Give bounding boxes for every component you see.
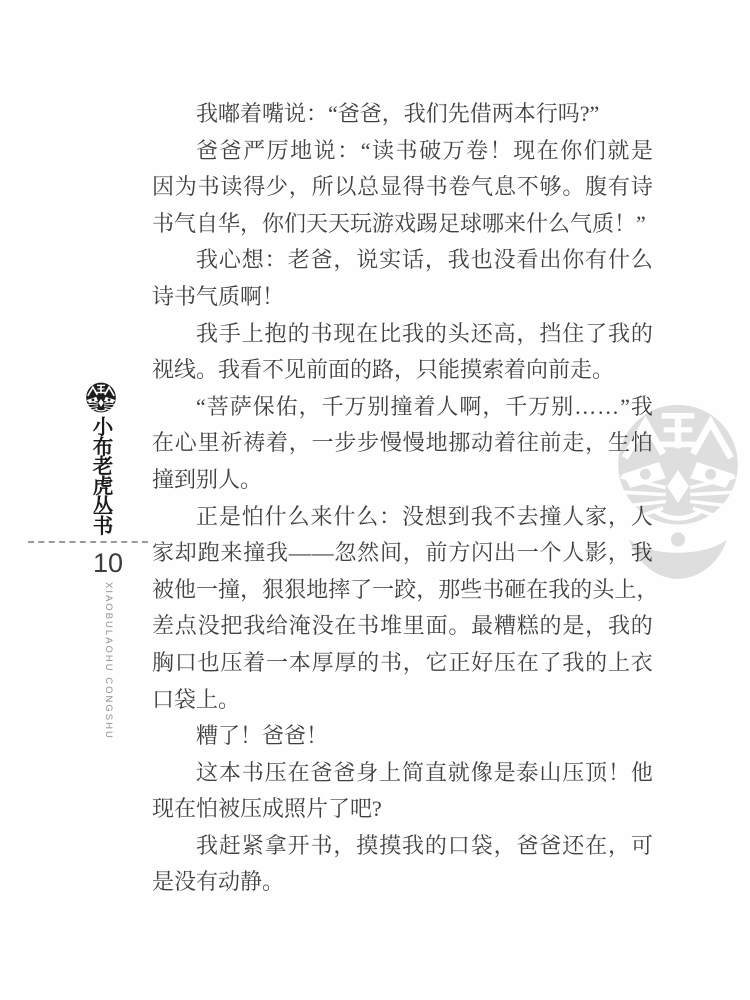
text-line: 在心里祈祷着，一步步慢慢地挪动着往前走，生怕 — [152, 425, 653, 462]
series-title: 小布老虎丛书 — [91, 418, 115, 536]
text-line: 现在怕被压成照片了吧? — [152, 791, 653, 828]
text-line: 糟了！爸爸！ — [152, 718, 653, 755]
text-line: 撞到别人。 — [152, 462, 653, 499]
book-page: 小布老虎丛书 10 XIAOBULAOHU CONGSHU 我嘟着嘴说：“爸爸，… — [0, 0, 750, 1000]
text-line: 我嘟着嘴说：“爸爸，我们先借两本行吗?” — [152, 96, 653, 133]
text-line: “菩萨保佑，千万别撞着人啊，千万别……”我 — [152, 389, 653, 426]
series-title-romanized: XIAOBULAOHU CONGSHU — [103, 582, 114, 722]
text-line: 我赶紧拿开书，摸摸我的口袋，爸爸还在，可 — [152, 828, 653, 865]
text-line: 家却跑来撞我——忽然间，前方闪出一个人影，我 — [152, 535, 653, 572]
text-line: 差点没把我给淹没在书堆里面。最糟糕的是，我的 — [152, 608, 653, 645]
text-line: 书气自华，你们天天玩游戏踢足球哪来什么气质！” — [152, 206, 653, 243]
sidebar: 小布老虎丛书 10 XIAOBULAOHU CONGSHU — [0, 0, 150, 1000]
series-title-char: 书 — [93, 517, 114, 537]
series-logo-tiger-icon — [84, 382, 118, 413]
text-line: 口袋上。 — [152, 682, 653, 719]
page-number: 10 — [80, 548, 136, 578]
text-line: 被他一撞，狠狠地摔了一跤，那些书砸在我的头上， — [152, 572, 653, 609]
text-line: 因为书读得少，所以总显得书卷气息不够。腹有诗 — [152, 169, 653, 206]
text-line: 我心想：老爸，说实话，我也没看出你有什么 — [152, 242, 653, 279]
divider-dashed-line — [28, 541, 148, 543]
text-line: 视线。我看不见前面的路，只能摸索着向前走。 — [152, 352, 653, 389]
text-line: 诗书气质啊！ — [152, 279, 653, 316]
text-line: 这本书压在爸爸身上简直就像是泰山压顶！他 — [152, 755, 653, 792]
text-line: 爸爸严厉地说：“读书破万卷！现在你们就是 — [152, 133, 653, 170]
text-line: 胸口也压着一本厚厚的书，它正好压在了我的上衣 — [152, 645, 653, 682]
text-line: 正是怕什么来什么：没想到我不去撞人家，人 — [152, 499, 653, 536]
text-line: 我手上抱的书现在比我的头还高，挡住了我的 — [152, 316, 653, 353]
text-line: 是没有动静。 — [152, 864, 653, 901]
body-text: 我嘟着嘴说：“爸爸，我们先借两本行吗?”爸爸严厉地说：“读书破万卷！现在你们就是… — [152, 96, 653, 901]
